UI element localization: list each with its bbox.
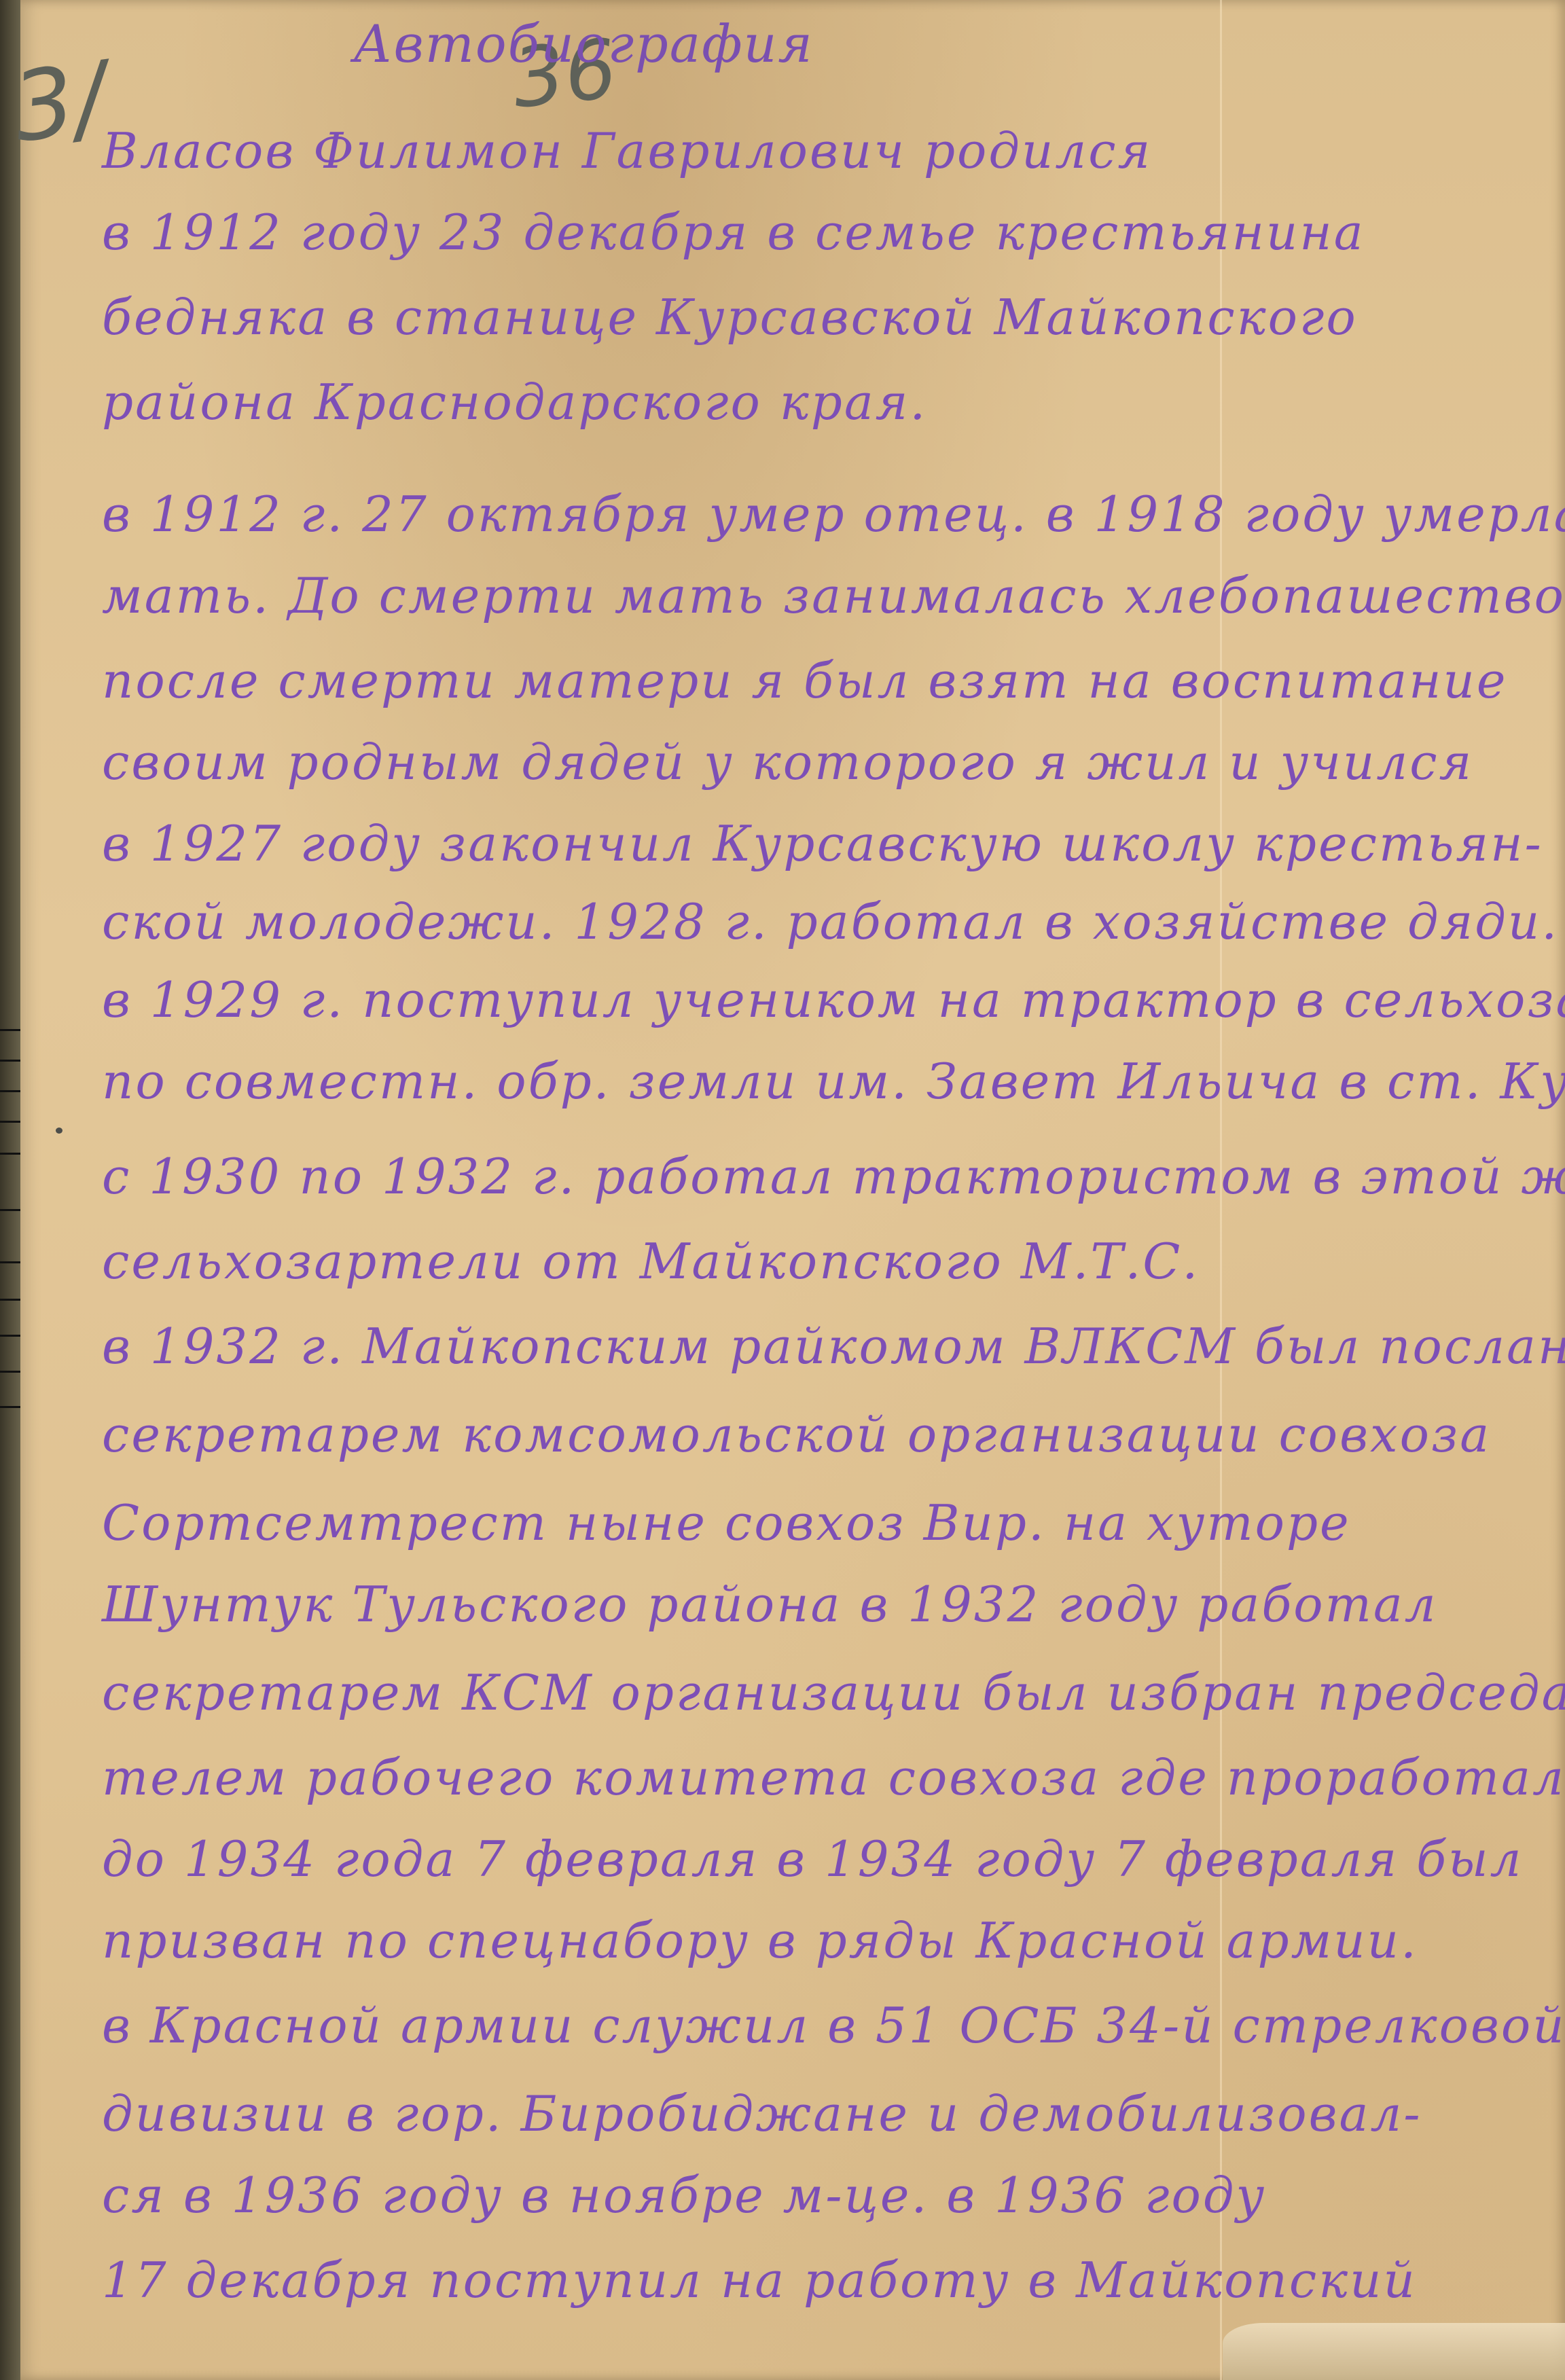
text-line: 17 декабря поступил на работу в Майкопск… [102,2252,1417,2309]
binding-tick [0,1153,22,1155]
text-line: телем рабочего комитета совхоза где прор… [102,1749,1565,1806]
text-line: в 1929 г. поступил учеником на трактор в… [102,971,1565,1028]
binding-tick [0,1209,22,1211]
binding-tick [0,1060,22,1062]
text-line: по совместн. обр. земли им. Завет Ильича… [102,1053,1565,1110]
text-line: Власов Филимон Гаврилович родился [102,122,1152,179]
text-line: сельхозартели от Майкопского М.Т.С. [102,1233,1200,1290]
binding-tick [0,1261,22,1263]
text-line: ской молодежи. 1928 г. работал в хозяйст… [102,893,1559,950]
text-line: своим родным дядей у которого я жил и уч… [102,734,1473,791]
document-title: Автобиография [353,14,814,74]
text-line: призван по спецнабору в ряды Красной арм… [102,1912,1418,1969]
text-line: секретарем КСМ организации был избран пр… [102,1664,1565,1721]
text-line: Шунтук Тульского района в 1932 году рабо… [102,1576,1438,1633]
text-line: в 1912 г. 27 октября умер отец. в 1918 г… [102,486,1565,543]
text-line: в 1912 году 23 декабря в семье крестьяни… [102,204,1365,261]
binding-tick [0,1335,22,1337]
text-line: мать. До смерти мать занималась хлебопаш… [102,567,1565,624]
text-line: с 1930 по 1932 г. работал трактористом в… [102,1148,1565,1205]
text-line: после смерти матери я был взят на воспит… [102,652,1508,709]
ink-blot [56,1128,62,1134]
binding-tick [0,1121,22,1123]
binding-tick [0,1090,22,1092]
pencil-item-number: 3/ [6,41,113,164]
text-line: ся в 1936 году в ноябре м-це. в 1936 год… [102,2167,1266,2224]
text-line: до 1934 года 7 февраля в 1934 году 7 фев… [102,1831,1524,1888]
binding-strip [0,0,23,2380]
binding-tick [0,1371,22,1373]
text-line: в 1932 г. Майкопским райкомом ВЛКСМ был … [102,1318,1565,1375]
text-line: секретарем комсомольской организации сов… [102,1406,1491,1463]
text-line: Сортсемтрест ныне совхоз Вир. на хуторе [102,1494,1351,1551]
binding-tick [0,1406,22,1408]
binding-tick [0,1299,22,1301]
torn-paper-edge [1223,2323,1565,2380]
text-line: дивизии в гор. Биробиджане и демобилизов… [102,2085,1422,2142]
text-line: района Краснодарского края. [102,374,927,431]
text-line: в 1927 году закончил Курсавскую школу кр… [102,815,1543,872]
text-line: бедняка в станице Курсавской Майкопского [102,289,1358,346]
text-line: в Красной армии служил в 51 ОСБ 34-й стр… [102,1997,1565,2054]
binding-tick [0,1029,22,1031]
